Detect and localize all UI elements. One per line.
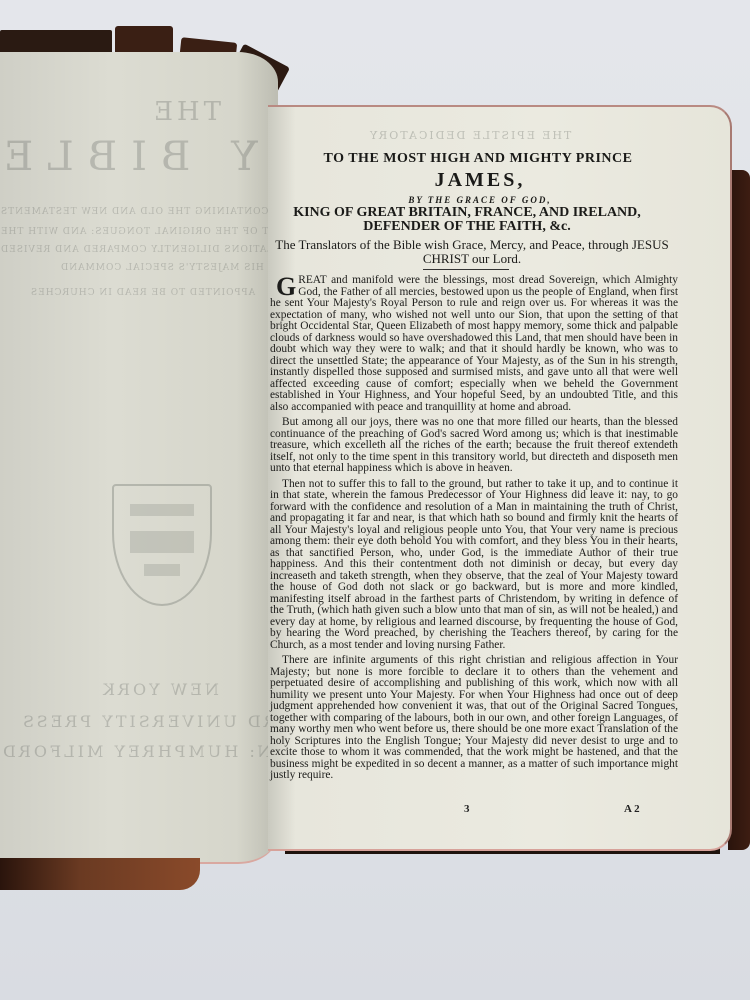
signature-mark: A 2 (624, 803, 640, 815)
paragraph: There are infinite arguments of this rig… (270, 655, 678, 782)
heading-rule (423, 269, 509, 270)
show-through-line: APPOINTED TO BE READ IN CHURCHES (30, 288, 255, 298)
dedication-heading-grace: BY THE GRACE OF GOD, (280, 195, 680, 205)
crest-shield-icon (112, 484, 212, 606)
paragraph: Then not to suffer this to fall to the g… (270, 479, 678, 652)
show-through-line: FORMER TRANSLATIONS DILIGENTLY COMPARED … (0, 245, 278, 255)
book-cover-top-edge (0, 30, 112, 54)
paragraph-text: REAT and manifold were the blessings, mo… (270, 274, 678, 413)
paragraph: But among all our joys, there was no one… (270, 417, 678, 475)
show-through-imprint: NEW YORK (100, 680, 219, 699)
dedication-body: GREAT and manifold were the blessings, m… (270, 275, 678, 786)
dedication-heading-name: JAMES, (280, 169, 680, 192)
photo-scene: THE HOLY BIBLE CONTAINING THE OLD AND NE… (0, 0, 750, 1000)
right-page: THE EPISTLE DEDICATORY TO THE MOST HIGH … (268, 105, 732, 851)
show-through-title-line1: THE (150, 97, 221, 127)
paragraph: GREAT and manifold were the blessings, m… (270, 275, 678, 413)
left-page: THE HOLY BIBLE CONTAINING THE OLD AND NE… (0, 52, 278, 864)
show-through-title-line2: HOLY BIBLE (0, 134, 278, 180)
dedication-heading-line1: TO THE MOST HIGH AND MIGHTY PRINCE (278, 151, 678, 167)
dedication-greeting: The Translators of the Bible wish Grace,… (272, 238, 672, 266)
show-through-line: CONTAINING THE OLD AND NEW TESTAMENTS (0, 207, 268, 217)
show-through-line: BY HIS MAJESTY'S SPECIAL COMMAND (60, 263, 278, 273)
running-head-show-through: THE EPISTLE DEDICATORY (368, 129, 571, 142)
show-through-imprint: OXFORD UNIVERSITY PRESS (20, 712, 278, 731)
dedication-heading-titles: KING OF GREAT BRITAIN, FRANCE, AND IRELA… (272, 206, 662, 234)
show-through-line: TRANSLATED OUT OF THE ORIGINAL TONGUES: … (0, 227, 278, 237)
book-cover-bottom-left (0, 858, 200, 890)
show-through-imprint: LONDON: HUMPHREY MILFORD (0, 742, 278, 761)
drop-cap: G (276, 276, 296, 298)
page-number: 3 (464, 803, 470, 815)
